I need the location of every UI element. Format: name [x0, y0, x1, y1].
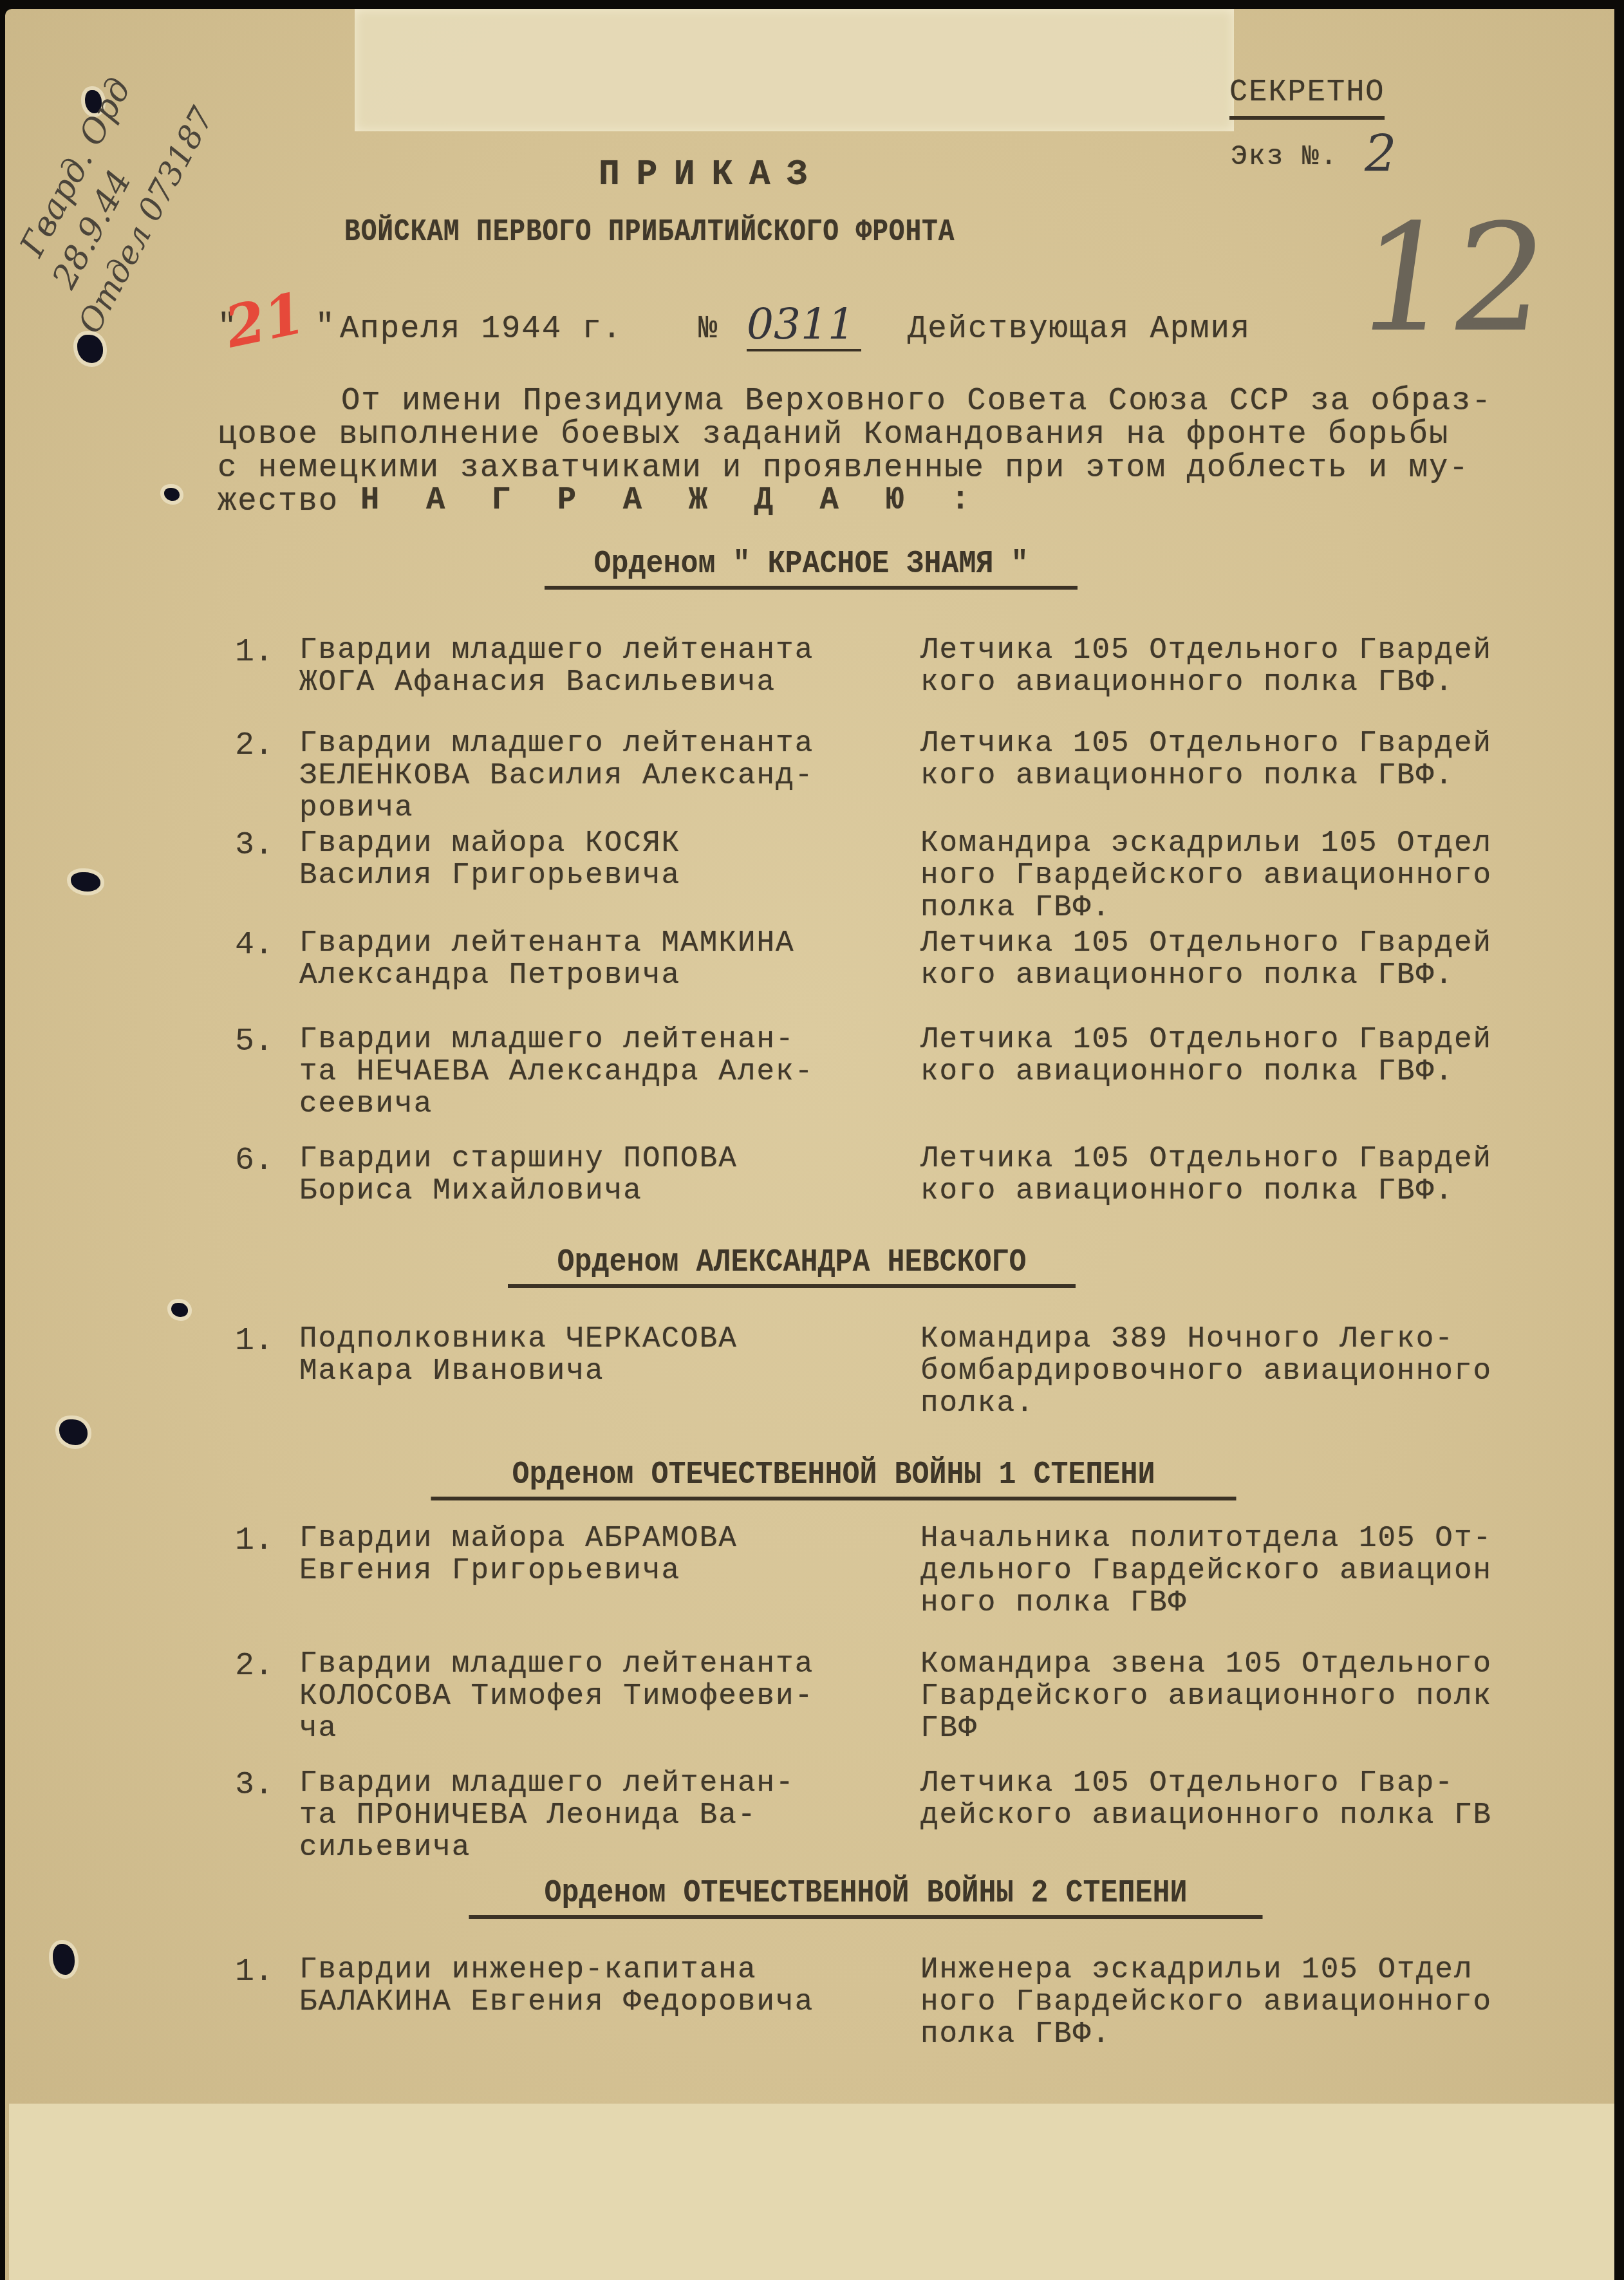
classification-label: СЕКРЕТНО: [1229, 76, 1385, 120]
recipient-name: Гвардии младшего лейтенан- та НЕЧАЕВА Ал…: [299, 1023, 930, 1120]
entry-number: 2.: [235, 1648, 274, 1685]
recipient-position: Летчика 105 Отдельного Гвардей кого авиа…: [920, 1023, 1590, 1088]
recipient-position: Начальника политотдела 105 От- дельного …: [920, 1522, 1590, 1619]
date-close-quote: ": [315, 310, 335, 344]
order-number-handwritten: 0311: [747, 299, 861, 351]
section-heading: Орденом " КРАСНОЕ ЗНАМЯ ": [545, 547, 1078, 590]
order-number-label: №: [698, 313, 718, 346]
entry-number: 5.: [235, 1023, 274, 1060]
recipient-position: Командира 389 Ночного Легко- бомбардиров…: [920, 1323, 1590, 1419]
recipient-name: Гвардии младшего лейтенан- та ПРОНИЧЕВА …: [299, 1767, 930, 1864]
entry-number: 4.: [235, 927, 274, 964]
page-title: ПРИКАЗ: [599, 158, 824, 191]
recipient-position: Летчика 105 Отдельного Гвардей кого авиа…: [920, 634, 1590, 698]
recipient-name: Гвардии лейтенанта МАМКИНА Александра Пе…: [299, 927, 930, 991]
page-subtitle: ВОЙСКАМ ПЕРВОГО ПРИБАЛТИЙСКОГО ФРОНТА: [344, 216, 955, 249]
entry-number: 3.: [235, 827, 274, 864]
section-heading: Орденом ОТЕЧЕСТВЕННОЙ ВОЙНЫ 1 СТЕПЕНИ: [431, 1458, 1237, 1500]
recipient-position: Командира звена 105 Отдельного Гвардейск…: [920, 1648, 1590, 1744]
preamble-line: с немецкими захватчиками и проявленные п…: [218, 452, 1470, 485]
preamble-line: цовое выполнение боевых заданий Командов…: [218, 418, 1449, 452]
recipient-name: Гвардии старшину ПОПОВА Бориса Михайлови…: [299, 1143, 930, 1207]
entry-number: 1.: [235, 1323, 274, 1360]
entry-number: 1.: [235, 1954, 274, 1990]
entry-number: 3.: [235, 1767, 274, 1804]
section-heading: Орденом ОТЕЧЕСТВЕННОЙ ВОЙНЫ 2 СТЕПЕНИ: [469, 1876, 1263, 1919]
recipient-name: Гвардии младшего лейтенанта ЗЕЛЕНКОВА Ва…: [299, 727, 930, 824]
entry-number: 1.: [235, 634, 274, 671]
recipient-name: Гвардии младшего лейтенанта ЖОГА Афанаси…: [299, 634, 930, 698]
recipient-name: Гвардии младшего лейтенанта КОЛОСОВА Тим…: [299, 1648, 930, 1744]
recipient-position: Командира эскадрильи 105 Отдел ного Гвар…: [920, 827, 1590, 924]
page-number-handwritten: 12: [1346, 193, 1558, 365]
recipient-name: Гвардии майора АБРАМОВА Евгения Григорье…: [299, 1522, 930, 1587]
preamble-line: От имени Президиума Верховного Совета Со…: [341, 385, 1492, 418]
paper-tape-bottom: [9, 2104, 1614, 2280]
recipient-name: Гвардии майора КОСЯК Василия Григорьевич…: [299, 827, 930, 892]
recipient-name: Гвардии инженер-капитана БАЛАКИНА Евгени…: [299, 1954, 930, 2018]
punch-hole-icon: [164, 488, 180, 501]
entry-number: 1.: [235, 1522, 274, 1559]
punch-hole-icon: [171, 1303, 188, 1317]
recipient-position: Летчика 105 Отдельного Гвардей кого авиа…: [920, 927, 1590, 991]
copy-number-handwritten: 2: [1365, 126, 1397, 183]
recipient-position: Инженера эскадрильи 105 Отдел ного Гвард…: [920, 1954, 1590, 2050]
section-heading: Орденом АЛЕКСАНДРА НЕВСКОГО: [508, 1246, 1076, 1288]
order-date: Апреля 1944 г.: [340, 313, 622, 346]
entry-number: 2.: [235, 727, 274, 764]
recipient-position: Летчика 105 Отдельного Гвардей кого авиа…: [920, 1143, 1590, 1207]
recipient-position: Летчика 105 Отдельного Гвар- дейского ав…: [920, 1767, 1590, 1831]
location-label: Действующая Армия: [908, 313, 1251, 346]
paper-tape-top: [355, 9, 1234, 131]
recipient-position: Летчика 105 Отдельного Гвардей кого авиа…: [920, 727, 1590, 792]
award-verb: Н А Г Р А Ж Д А Ю :: [360, 484, 984, 518]
recipient-name: Подполковника ЧЕРКАСОВА Макара Ивановича: [299, 1323, 930, 1387]
copy-label: Экз №.: [1231, 140, 1338, 174]
entry-number: 6.: [235, 1143, 274, 1179]
preamble-line: жество: [218, 485, 339, 519]
